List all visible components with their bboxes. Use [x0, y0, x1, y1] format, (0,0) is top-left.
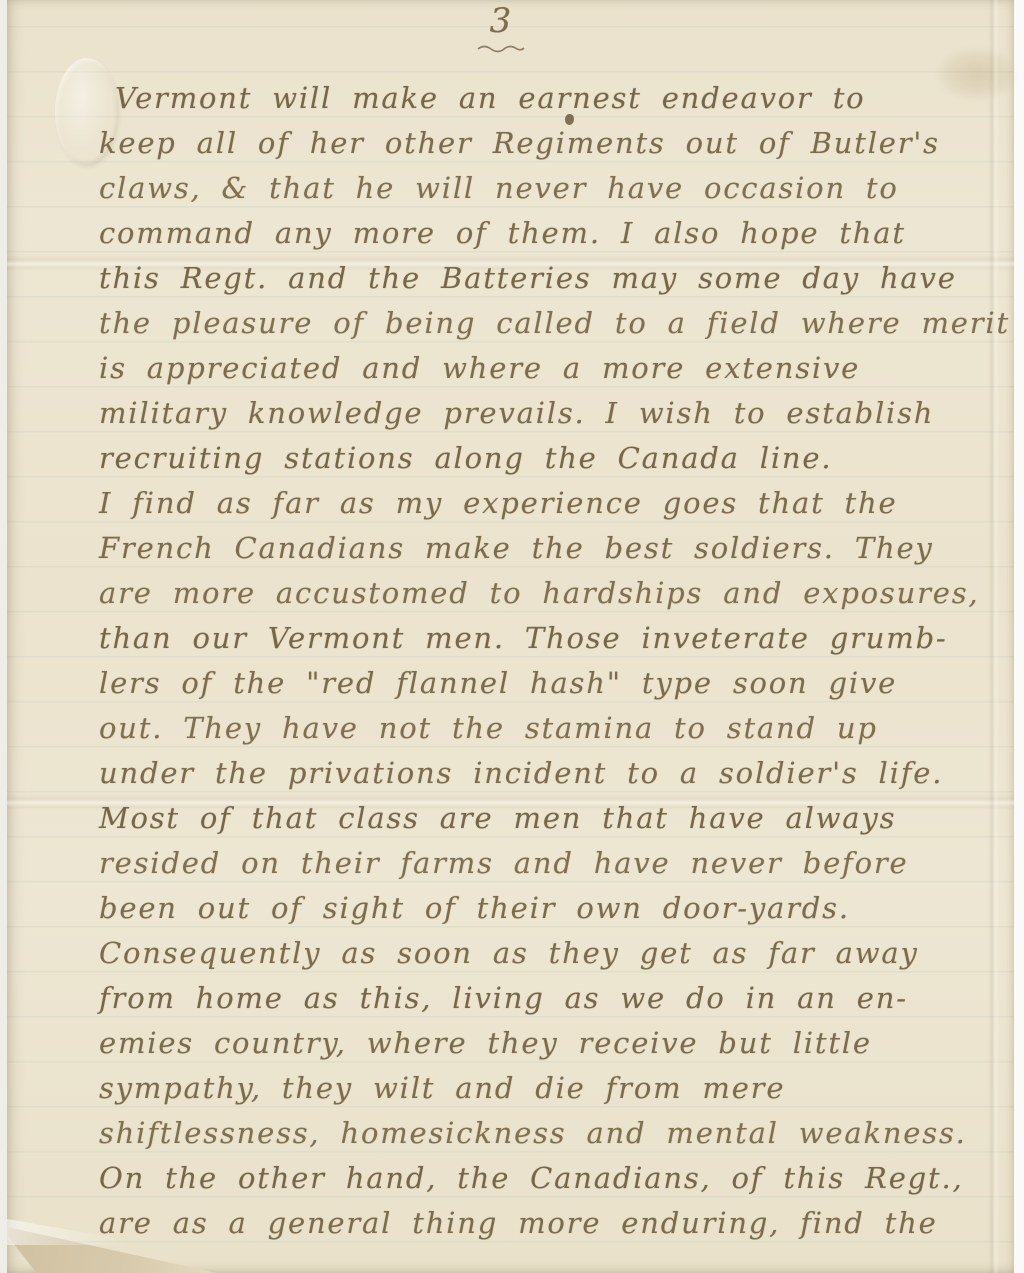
handwritten-line: been out of sight of their own door-yard…: [99, 886, 1004, 931]
scanned-letter-frame: 3 Vermont will make an earnest endeavor …: [0, 0, 1024, 1273]
handwritten-line: this Regt. and the Batteries may some da…: [99, 256, 1004, 301]
handwritten-line: sympathy, they wilt and die from mere: [99, 1066, 1004, 1111]
handwritten-line: Consequently as soon as they get as far …: [99, 931, 1004, 976]
handwritten-line: lers of the "red flannel hash" type soon…: [99, 661, 1004, 706]
handwritten-line: are as a general thing more enduring, fi…: [99, 1201, 1004, 1246]
handwritten-line: emies country, where they receive but li…: [99, 1021, 1004, 1066]
handwritten-line: claws, & that he will never have occasio…: [99, 166, 1004, 211]
page-number-underline: [475, 43, 527, 53]
handwritten-line: I find as far as my experience goes that…: [99, 481, 1004, 526]
handwritten-line: are more accustomed to hardships and exp…: [99, 571, 1004, 616]
handwritten-line: than our Vermont men. Those inveterate g…: [99, 616, 1004, 661]
handwritten-line: shiftlessness, homesickness and mental w…: [99, 1111, 1004, 1156]
handwritten-line: French Canadians make the best soldiers.…: [99, 526, 1004, 571]
handwritten-line: the pleasure of being called to a field …: [99, 301, 1004, 346]
letter-page: 3 Vermont will make an earnest endeavor …: [7, 0, 1014, 1273]
page-number: 3: [475, 4, 527, 38]
handwritten-line: Most of that class are men that have alw…: [99, 796, 1004, 841]
handwritten-line: resided on their farms and have never be…: [99, 841, 1004, 886]
handwritten-line: Vermont will make an earnest endeavor to: [99, 76, 1004, 121]
handwritten-line: military knowledge prevails. I wish to e…: [99, 391, 1004, 436]
handwritten-line: recruiting stations along the Canada lin…: [99, 436, 1004, 481]
handwritten-line: is appreciated and where a more extensiv…: [99, 346, 1004, 391]
page-number-block: 3: [475, 4, 527, 57]
handwritten-line: keep all of her other Regiments out of B…: [99, 121, 1004, 166]
handwritten-line: out. They have not the stamina to stand …: [99, 706, 1004, 751]
handwritten-line: from home as this, living as we do in an…: [99, 976, 1004, 1021]
handwritten-line: command any more of them. I also hope th…: [99, 211, 1004, 256]
letter-body-text: Vermont will make an earnest endeavor to…: [99, 76, 1004, 1246]
handwritten-line: On the other hand, the Canadians, of thi…: [99, 1156, 1004, 1201]
handwritten-line: under the privations incident to a soldi…: [99, 751, 1004, 796]
